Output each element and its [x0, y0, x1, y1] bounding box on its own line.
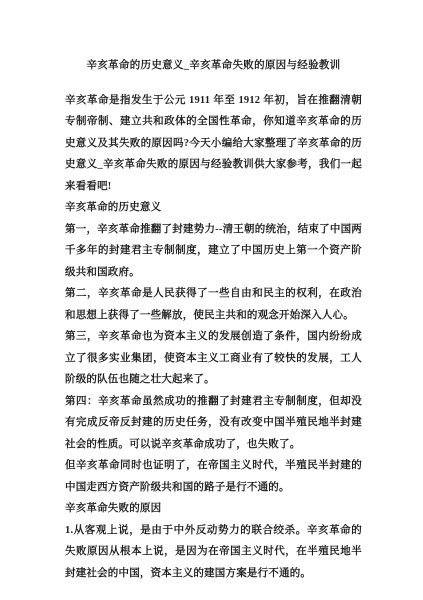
paragraph-conclusion: 但辛亥革命同时也证明了，在帝国主义时代，半殖民半封建的中国走西方资产阶级共和国的…: [65, 455, 362, 498]
paragraph-failure-reason-1: 1.从客观上说，是由于中外反动势力的联合绞杀。辛亥革命的失败原因从根本上说，是因…: [65, 520, 362, 585]
paragraph-point-3: 第三，辛亥革命也为资本主义的发展创造了条件，国内纷纷成立了很多实业集团，使资本主…: [65, 326, 362, 391]
section-heading-historical-significance: 辛亥革命的历史意义: [65, 197, 362, 219]
paragraph-point-1: 第一，辛亥革命推翻了封建势力--清王朝的统治，结束了中国两千多年的封建君主专制制…: [65, 219, 362, 284]
paragraph-intro: 辛亥革命是指发生于公元 1911 年至 1912 年初，旨在推翻清朝专制帝制、建…: [65, 90, 362, 198]
paragraph-point-2: 第二，辛亥革命是人民获得了一些自由和民主的权利，在政治和思想上获得了一些解放，使…: [65, 283, 362, 326]
document-page: 辛亥革命的历史意义_辛亥革命失败的原因与经验教训 辛亥革命是指发生于公元 191…: [0, 0, 423, 600]
section-heading-failure-reasons: 辛亥革命失败的原因: [65, 498, 362, 520]
paragraph-point-4: 第四：辛亥革命虽然成功的推翻了封建君主专制制度，但却没有完成反帝反封建的历史任务…: [65, 391, 362, 456]
document-title: 辛亥革命的历史意义_辛亥革命失败的原因与经验教训: [65, 55, 362, 77]
